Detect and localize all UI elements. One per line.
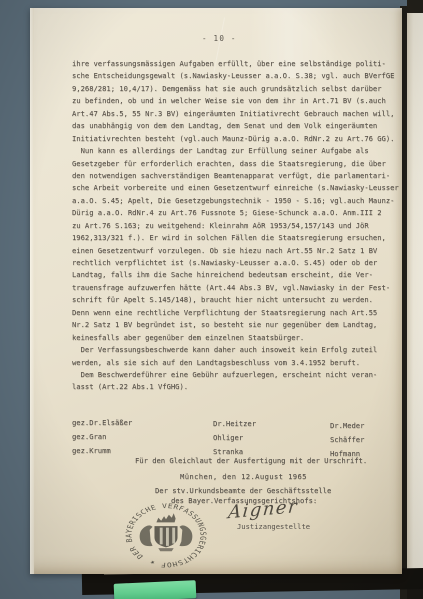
paper-left-edge [30,8,34,574]
text-line: rechtlich verpflichtet ist (s.Nawiasky-L… [72,257,399,269]
text-line: Dem Beschwerdeführer eine Gebühr aufzuer… [72,369,399,381]
text-line: Denn wenn eine rechtliche Verpflichtung … [72,307,399,319]
signature-name: Ohliger [213,431,256,445]
decision-body-text: ihre verfassungsmässigen Aufgaben erfüll… [72,58,399,394]
facing-page-edge [407,0,423,599]
text-line: lasst (Art.22 Abs.1 VfGHG). [72,381,399,393]
text-line: sche Entscheidungsgewalt (s.Nawiasky-Leu… [72,70,399,82]
attestation-clerk-line: Der stv.Urkundsbeamte der Geschäftsstell… [155,486,331,495]
text-line: 9,268/281; 10,4/17). Demgemäss hat sie a… [72,83,399,95]
text-line: trauensfrage aufzuwerfen hätte (Art.44 A… [72,282,399,294]
court-seal-stamp: DER BAYERISCHE VERFASSUNGSGERICHTSHOF ★ [118,498,214,574]
text-line: Initiativrechten besteht (vgl.auch Maunz… [72,133,399,145]
attestation-date-line: München, den 12.August 1965 [180,472,307,481]
coat-of-arms-icon [140,513,193,551]
signature-name: gez.Gran [72,430,132,444]
signature-column-center: Dr.HeitzerOhligerStranka [213,417,256,458]
text-line: 1962,313/321 f.). Er wird in solchen Fäl… [72,232,399,244]
text-line: Nun kann es allerdings der Landtag zur E… [72,145,399,157]
signature-name: gez.Krumm [72,444,132,458]
signature-name: Dr.Meder [330,419,364,433]
text-line: zu befinden, ob und in welcher Weise sie… [72,95,399,107]
signature-column-right: Dr.MederSchäfferHofmann [330,419,364,460]
text-line: Der Verfassungsbeschwerde kann daher auc… [72,344,399,356]
text-line: a.a.O. S.45; Apelt, Die Gesetzgebungstec… [72,195,399,207]
text-line: Nr.2 Satz 1 BV begründet ist, so besteht… [72,319,399,331]
text-line: keinesfalls aber gegenüber dem einzelnen… [72,332,399,344]
text-line: Dürig a.a.O. RdNr.4 zu Art.76 Fussnote 5… [72,207,399,219]
text-line: Landtag, falls ihm die Sache hinreichend… [72,269,399,281]
text-line: zu Art.76 S.163; zu weitgehend: Kleinrah… [72,220,399,232]
document-page: - 10 - ihre verfassungsmässigen Aufgaben… [30,8,402,574]
text-line: ihre verfassungsmässigen Aufgaben erfüll… [72,58,399,70]
attestation-line: Für den Gleichlaut der Ausfertigung mit … [135,456,367,465]
text-line: schrift für Apelt S.145/148), braucht hi… [72,294,399,306]
text-line: das unabhängig von dem dem Landtag, dem … [72,120,399,132]
page-edge-top-shadow [407,0,423,13]
signature-name: Dr.Heitzer [213,417,256,431]
signer-title: Justizangestellte [237,522,310,531]
text-line: Gesetzgeber für erforderlich erachten, d… [72,158,399,170]
text-line: Art.47 Abs.5, 55 Nr.3 BV) eingeräumten I… [72,108,399,120]
text-line: den notwendigen sachverständigen Beamten… [72,170,399,182]
text-line: sche Arbeit vorbereite und einen Gesetze… [72,182,399,194]
signature-name: gez.Dr.Elsäßer [72,416,132,430]
text-line: werden, als sie sich auf den Landtagsbes… [72,357,399,369]
text-line: einen Gesetzentwurf vorzulegen. Ob sie h… [72,245,399,257]
signature-column-left: gez.Dr.Elsäßergez.Grangez.Krumm [72,416,132,457]
signature-name: Schäffer [330,433,364,447]
green-bookmark-tab [114,580,197,599]
page-number: - 10 - [202,34,237,43]
